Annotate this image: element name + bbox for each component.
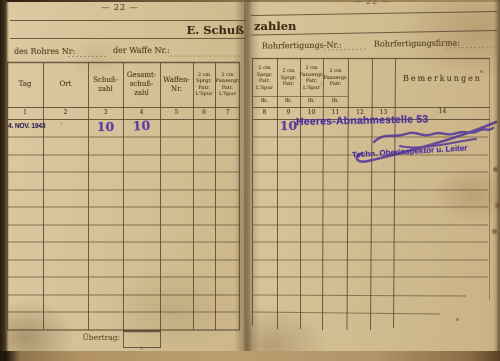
column-header-sprgr-lspur-left: 2 cm Sprgr. Patr. L'Spur [193,62,215,107]
column-header-tag: Tag [7,62,43,107]
column-number: 5 [160,109,193,116]
column-subunit: lb. [323,98,348,104]
scan-edge-bottom [0,351,500,361]
column-header-schusszahl: Schuß- zahl [88,62,123,107]
scan-edge-right [493,0,500,361]
stamp-signature [282,106,500,178]
column-number: 7 [215,109,240,116]
column-number: 8 [252,109,277,116]
section-title-left: E. Schuß [146,23,244,37]
column-number: 6 [193,109,215,116]
column-header-gesamtschusszahl: Gesamt- schuß- zahl [123,62,160,107]
entry-gesamtschusszahl-value: 10 [123,117,161,134]
scan-edge-left [0,0,9,361]
field-rohr-nr: des Rohres Nr: [14,47,75,56]
column-subunit: lb. [252,98,277,104]
column-header-panzergr: 2 cm Panzergr. Patr. [323,60,348,96]
column-header-panzergr-lspur-left: 2 cm Panzergr. Patr. L'Spur [215,62,240,107]
scan-edge-top [0,0,500,2]
page-number-left: — 22 — [88,3,152,12]
column-number: 4 [123,109,160,116]
column-header-waffen-nr: Waffen- Nr. [160,62,193,107]
entry-date-stamp: 4. NOV. 1943 [8,123,45,130]
column-number: 1 [7,109,43,116]
column-subunit: lb. [300,98,323,104]
section-title-right: zahlen [254,19,344,33]
column-header-bemerkungen: Bemerkungen [395,60,490,106]
field-rohrfertigungsfirma: Rohrfertigungsfirma: [374,38,460,48]
column-header-sprgr: 2 cm Sprgr. Patr. [277,60,300,96]
column-number: 3 [88,109,123,116]
field-waffe-nr: der Waffe Nr.: [113,46,170,55]
column-header-panzergr-lspur: 2 cm Panzergr. Patr. L'Spur [300,60,323,96]
column-number: 2 [43,109,88,116]
column-header-ort: Ort [43,62,88,107]
field-rohrfertigungs-nr: Rohrfertigungs-Nr.: [262,40,342,50]
uebertrag-label: Übertrag: [74,333,120,342]
scanned-logbook-spread: — 22 — — 22 — E. Schuß zahlen des Rohres… [0,0,500,361]
column-subunit: lb. [277,98,300,104]
column-header-sprgr-lspur: 2 cm Sprgr. Patr. L'Spur [252,60,277,96]
entry-schusszahl-value: 10 [88,119,123,134]
